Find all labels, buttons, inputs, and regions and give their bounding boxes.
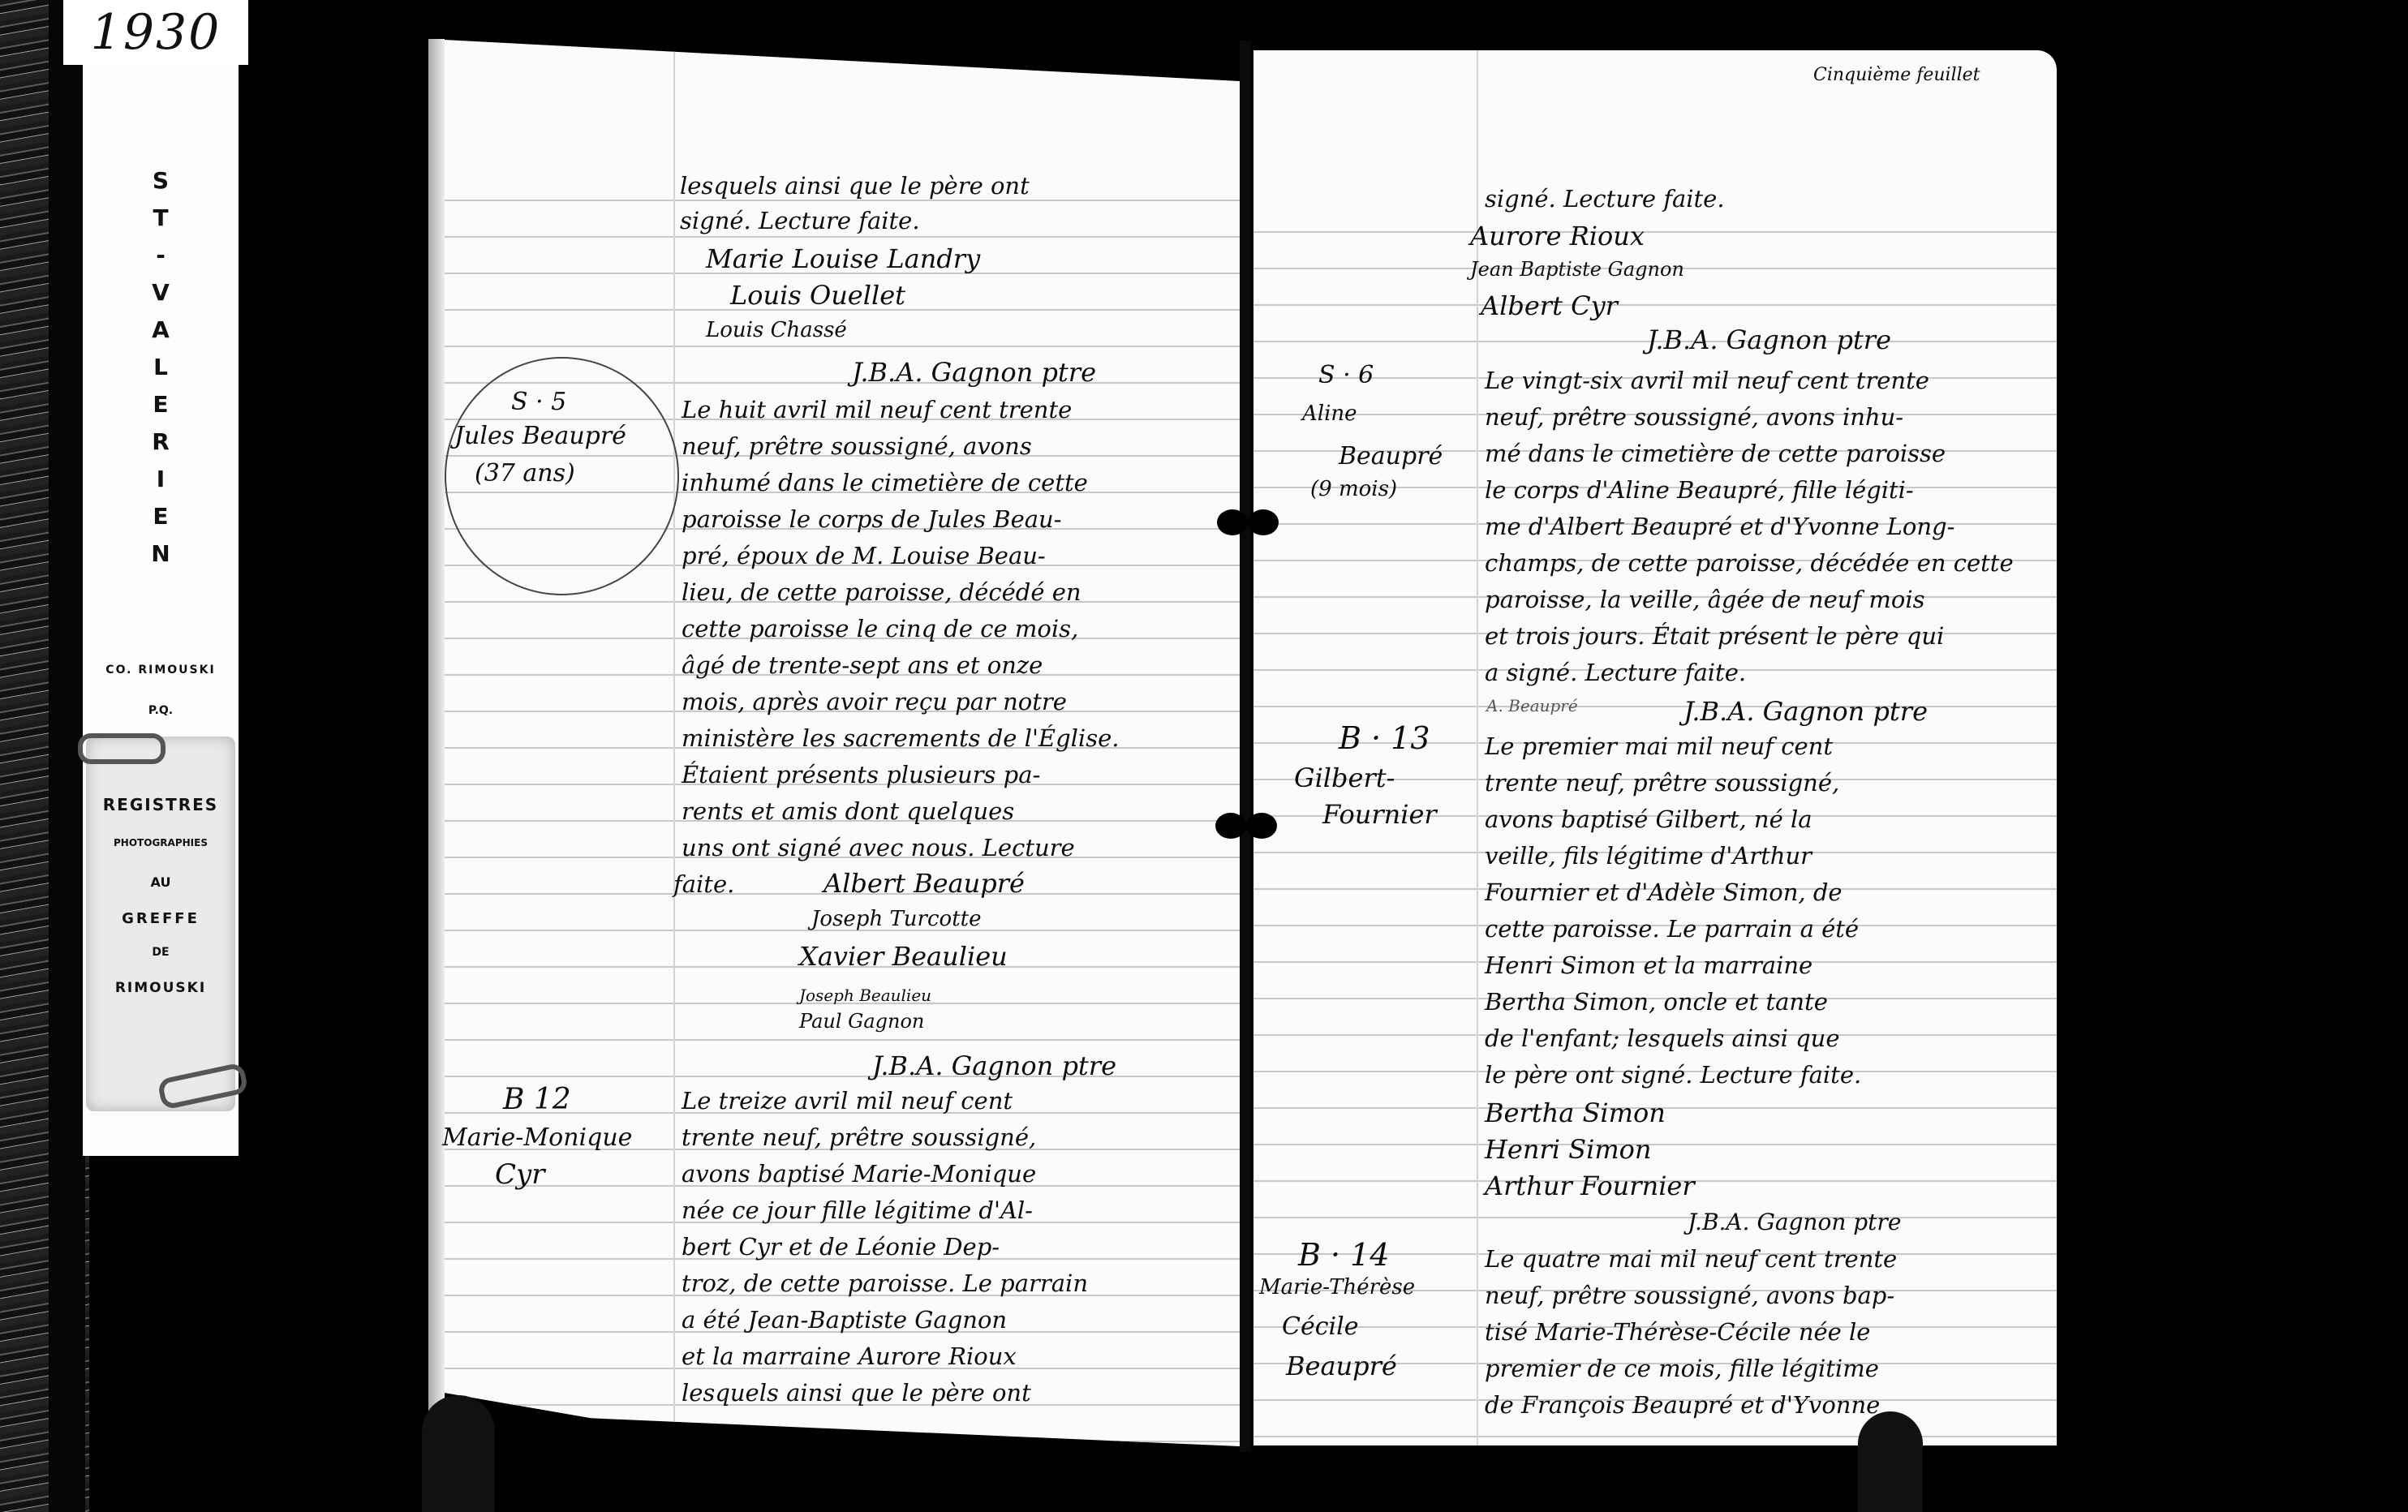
entry-line: uns ont signé avec nous. Lecture [682, 834, 1075, 861]
spine-letter: V [152, 274, 170, 311]
signature: Xavier Beaulieu [799, 941, 1008, 972]
book-gutter [1240, 41, 1251, 1452]
signature: Louis Ouellet [730, 280, 905, 311]
entry-margin-label: B · 13 [1339, 720, 1430, 756]
scanner-thumb [1858, 1411, 1923, 1512]
priest-signature: J.B.A. Gagnon ptre [872, 1050, 1116, 1081]
scanner-thumb [422, 1395, 495, 1512]
tag-line: DE [86, 946, 235, 959]
entry-line: lesquels ainsi que le père ont [682, 1379, 1031, 1407]
binding-ring-icon [1217, 509, 1248, 535]
tag-line: REGISTRES [86, 795, 235, 814]
entry-line: de l'enfant; lesquels ainsi que [1485, 1024, 1840, 1052]
entry-margin-note: (9 mois) [1310, 477, 1397, 501]
entry-line: et la marraine Aurore Rioux [682, 1342, 1017, 1370]
priest-signature: J.B.A. Gagnon ptre [852, 357, 1096, 388]
spine-letter: T [153, 200, 168, 237]
entry-line: tisé Marie-Thérèse-Cécile née le [1485, 1318, 1870, 1346]
entry-line: le corps d'Aline Beaupré, fille légiti- [1485, 476, 1914, 504]
entry-line: inhumé dans le cimetière de cette [682, 469, 1088, 496]
signature: A. Beaupré [1486, 696, 1578, 715]
signature: Aurore Rioux [1470, 221, 1645, 251]
entry-line: rents et amis dont quelques [682, 797, 1014, 825]
entry-margin-label: S · 6 [1318, 361, 1374, 389]
entry-margin-label: S · 5 [511, 388, 566, 416]
page-header: Cinquième feuillet [1813, 65, 1980, 85]
tag-line: AU [86, 874, 235, 890]
paperclip-icon [157, 1062, 249, 1110]
paperclip-icon [78, 733, 166, 764]
spine-archive-tag: REGISTRES PHOTOGRAPHIES AU GREFFE DE RIM… [86, 737, 235, 1111]
entry-margin-surname: Cyr [495, 1158, 544, 1191]
signature: Henri Simon [1485, 1134, 1652, 1165]
entry-line: veille, fils légitime d'Arthur [1485, 842, 1812, 870]
entry-line: née ce jour fille légitime d'Al- [682, 1196, 1033, 1224]
entry-line: Le premier mai mil neuf cent [1485, 732, 1833, 760]
left-page-edge [428, 39, 445, 1446]
entry-line: cette paroisse. Le parrain a été [1485, 915, 1859, 943]
entry-line: Le vingt-six avril mil neuf cent trente [1485, 367, 1929, 394]
entry-margin-name: Aline [1302, 402, 1357, 426]
entry-line: avons baptisé Gilbert, né la [1485, 805, 1812, 833]
binding-ring-icon [1246, 813, 1277, 839]
entry-line: troz, de cette paroisse. Le parrain [682, 1269, 1088, 1297]
spine-county: CO. RIMOUSKI [83, 664, 239, 677]
entry-line: paroisse, la veille, âgée de neuf mois [1485, 586, 1925, 613]
entry-line: le père ont signé. Lecture faite. [1485, 1061, 1861, 1089]
entry-margin-name: Marie-Thérèse [1259, 1275, 1415, 1299]
entry-line: neuf, prêtre soussigné, avons [682, 432, 1032, 460]
spine-letter: I [157, 461, 165, 498]
priest-signature: J.B.A. Gagnon ptre [1688, 1209, 1901, 1235]
entry-line: trente neuf, prêtre soussigné, [1485, 769, 1839, 797]
spine-letter: E [153, 498, 168, 535]
entry-line: a signé. Lecture faite. [1485, 659, 1746, 686]
entry-margin-label: B 12 [503, 1083, 571, 1116]
entry-line: pré, époux de M. Louise Beau- [682, 542, 1046, 569]
spine-letter: E [153, 386, 168, 423]
spine-label: S T - V A L E R I E N CO. RIMOUSKI P.Q. … [83, 65, 239, 1156]
tag-line: GREFFE [86, 910, 235, 927]
entry-line: Étaient présents plusieurs pa- [682, 761, 1040, 788]
entry-margin-name: Gilbert- [1294, 762, 1395, 793]
spine-letter: R [152, 423, 170, 461]
signature: Louis Chassé [706, 318, 847, 342]
spine-letter: L [153, 349, 168, 386]
entry-line: cette paroisse le cinq de ce mois, [682, 615, 1078, 642]
entry-line: lieu, de cette paroisse, décédé en [682, 578, 1081, 606]
entry-line: faite. [673, 870, 734, 898]
entry-line: avons baptisé Marie-Monique [682, 1160, 1036, 1188]
signature: Paul Gagnon [799, 1010, 924, 1033]
entry-line: ministère les sacrements de l'Église. [682, 724, 1119, 752]
signature: Arthur Fournier [1485, 1171, 1695, 1201]
margin-rule [673, 39, 675, 1446]
entry-line: Bertha Simon, oncle et tante [1485, 988, 1828, 1016]
continuation-line: signé. Lecture faite. [1485, 185, 1725, 213]
signature: Marie Louise Landry [706, 243, 980, 274]
signature: Bertha Simon [1485, 1097, 1666, 1128]
entry-line: et trois jours. Était présent le père qu… [1485, 622, 1944, 650]
continuation-line: lesquels ainsi que le père ont [680, 172, 1030, 200]
entry-margin-surname: Beaupré [1339, 442, 1443, 470]
entry-margin-note: (37 ans) [475, 459, 575, 488]
entry-line: champs, de cette paroisse, décédée en ce… [1485, 549, 2014, 577]
spine-parish-name: S T - V A L E R I E N [83, 162, 239, 573]
signature: Albert Beaupré [823, 868, 1025, 899]
entry-line: neuf, prêtre soussigné, avons bap- [1485, 1282, 1894, 1309]
entry-line: bert Cyr et de Léonie Dep- [682, 1233, 1000, 1261]
spine-province: P.Q. [83, 704, 239, 717]
tag-line: PHOTOGRAPHIES [86, 837, 235, 848]
priest-signature: J.B.A. Gagnon ptre [1647, 324, 1891, 355]
entry-line: âgé de trente-sept ans et onze [682, 651, 1043, 679]
entry-line: Le quatre mai mil neuf cent trente [1485, 1245, 1897, 1273]
entry-line: premier de ce mois, fille légitime [1485, 1355, 1879, 1382]
entry-margin-name2: Cécile [1282, 1312, 1358, 1341]
entry-margin-name: Marie-Monique [442, 1123, 632, 1152]
entry-line: Henri Simon et la marraine [1485, 951, 1812, 979]
signature: Albert Cyr [1481, 290, 1618, 321]
year-label: 1930 [63, 0, 248, 65]
entry-line: Le treize avril mil neuf cent [682, 1087, 1013, 1115]
spine-letter: A [152, 311, 170, 349]
entry-line: Le huit avril mil neuf cent trente [682, 396, 1072, 423]
entry-line: me d'Albert Beaupré et d'Yvonne Long- [1485, 513, 1954, 540]
entry-line: neuf, prêtre soussigné, avons inhu- [1485, 403, 1903, 431]
entry-line: trente neuf, prêtre soussigné, [682, 1123, 1036, 1151]
entry-margin-surname: Fournier [1322, 799, 1437, 830]
tag-line: RIMOUSKI [86, 980, 235, 996]
entry-line: a été Jean-Baptiste Gagnon [682, 1306, 1007, 1334]
entry-margin-surname: Beaupré [1286, 1351, 1397, 1381]
signature: Joseph Beaulieu [799, 986, 931, 1005]
binding-ring-icon [1215, 813, 1246, 839]
entry-margin-label: B · 14 [1298, 1237, 1390, 1273]
priest-signature: J.B.A. Gagnon ptre [1683, 696, 1928, 727]
entry-line: paroisse le corps de Jules Beau- [682, 505, 1062, 533]
entry-margin-name: Jules Beaupré [454, 422, 626, 450]
spine-letter: S [153, 162, 169, 200]
spine-letter: - [156, 237, 166, 274]
signature: Jean Baptiste Gagnon [1470, 258, 1684, 281]
continuation-line: signé. Lecture faite. [680, 207, 920, 234]
entry-line: mé dans le cimetière de cette paroisse [1485, 440, 1946, 467]
signature: Joseph Turcotte [811, 907, 981, 931]
binding-ring-icon [1248, 509, 1279, 535]
spine-letter: N [151, 535, 170, 573]
entry-line: Fournier et d'Adèle Simon, de [1485, 878, 1843, 906]
entry-line: mois, après avoir reçu par notre [682, 688, 1067, 715]
entry-line: de François Beaupré et d'Yvonne [1485, 1391, 1880, 1419]
